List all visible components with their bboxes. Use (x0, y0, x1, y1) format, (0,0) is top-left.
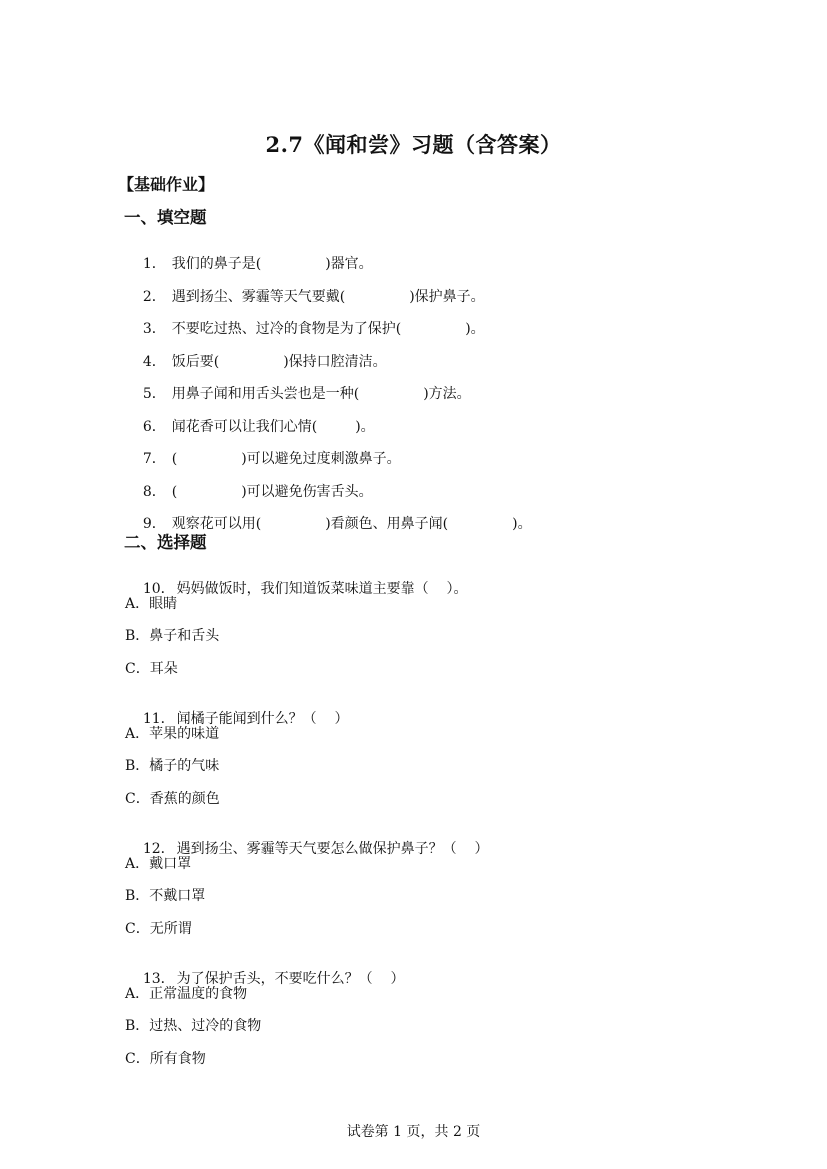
section-tag-basic-homework: 【基础作业】 (118, 172, 214, 195)
option-a: A．戴口罩 (125, 855, 191, 873)
option-b: B．不戴口罩 (125, 887, 205, 905)
item-text: )方法。 (423, 386, 470, 402)
option-a: A．正常温度的食物 (125, 985, 247, 1003)
option-c: C．耳朵 (125, 660, 178, 678)
item-text: )。 (512, 516, 531, 532)
document-page: 2.7《闻和尝》习题（含答案） 【基础作业】 一、填空题 1．我们的鼻子是()器… (0, 0, 827, 1169)
option-a: A．眼睛 (125, 595, 177, 613)
question-text: 遇到扬尘、雾霾等天气要怎么做保护鼻子？（ ） (177, 841, 489, 857)
option-b: B．橘子的气味 (125, 757, 219, 775)
option-b: B．过热、过冷的食物 (125, 1017, 261, 1035)
option-c: C．无所谓 (125, 920, 192, 938)
option-a: A．苹果的味道 (125, 725, 219, 743)
option-b: B．鼻子和舌头 (125, 627, 219, 645)
document-title: 2.7《闻和尝》习题（含答案） (0, 129, 827, 159)
item-text: )。 (465, 321, 484, 337)
section-heading-multiple-choice: 二、选择题 (124, 529, 207, 553)
section-heading-fill-blank: 一、填空题 (124, 204, 207, 228)
option-c: C．所有食物 (125, 1050, 206, 1068)
option-c: C．香蕉的颜色 (125, 790, 220, 808)
page-footer: 试卷第 1 页，共 2 页 (0, 1121, 827, 1141)
question-text: 妈妈做饭时，我们知道饭菜味道主要靠（ ）。 (177, 581, 468, 597)
item-text: )看颜色、用鼻子闻( (325, 516, 448, 532)
